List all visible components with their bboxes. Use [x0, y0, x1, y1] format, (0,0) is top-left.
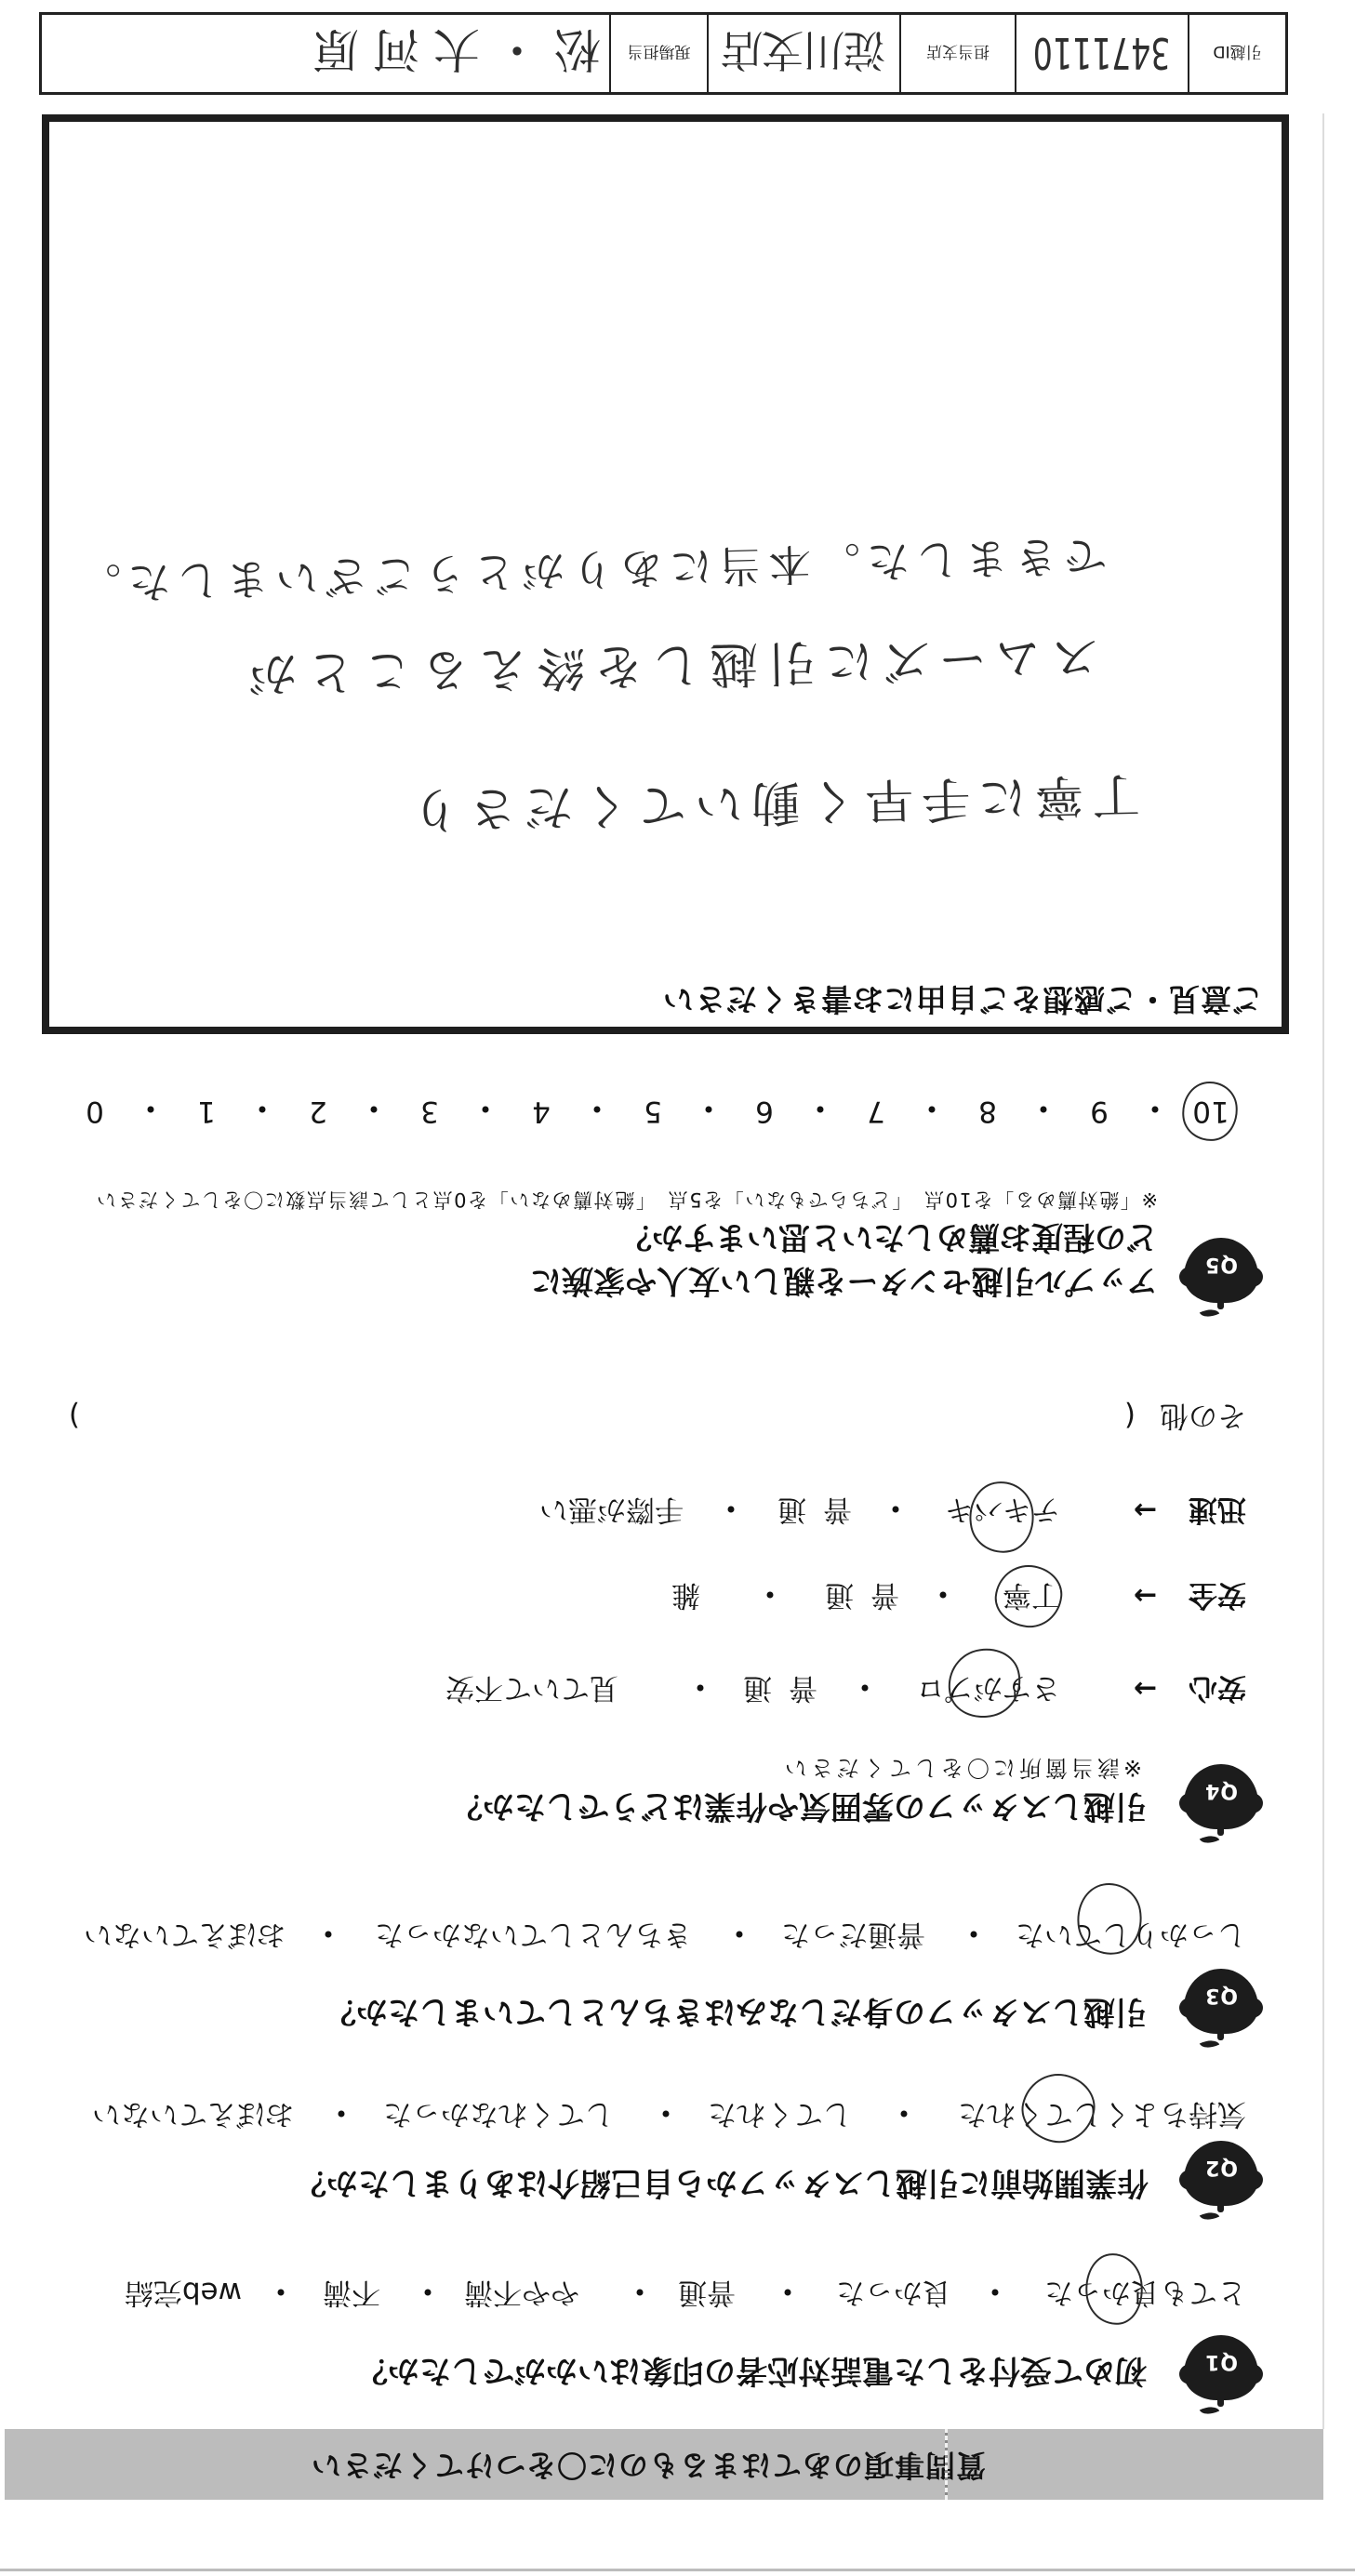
q2-option: してくれた	[708, 2099, 852, 2129]
survey-form-page: 質問事項のあてはまるものに〇をつけてください Q1 初めて受付をした電話対応者の…	[0, 0, 1355, 2576]
q1-option: web完結	[125, 2277, 242, 2307]
separator-dot	[425, 2290, 432, 2296]
q4-row-label-anshin: 安心	[1189, 1673, 1246, 1703]
separator-dot	[706, 1107, 712, 1113]
perforation-line	[945, 2429, 948, 2500]
q1-option: 普通	[678, 2277, 736, 2307]
separator-dot	[971, 1932, 977, 1938]
separator-dot	[259, 1107, 266, 1113]
q4-row-label-anzen: 安全	[1189, 1580, 1246, 1610]
q4-row-option: 普通	[808, 1580, 899, 1610]
instruction-bar: 質問事項のあてはまるものに〇をつけてください	[5, 2429, 1323, 2500]
arrow-right-icon: →	[1134, 1494, 1157, 1524]
q4-number: Q4	[1179, 1779, 1263, 1801]
separator-dot	[371, 1107, 378, 1113]
q3-option: おぼえていない	[84, 1919, 286, 1949]
separator-dot	[992, 2290, 999, 2296]
separator-dot	[929, 1107, 936, 1113]
separator-dot	[325, 1932, 332, 1938]
site-staff-value: 松・大河原	[299, 20, 601, 87]
score-option: 2	[290, 1096, 346, 1126]
q4-note: ※該当箇所に〇をしてください	[781, 1757, 1142, 1779]
separator-dot	[663, 2111, 670, 2118]
branch-value-cell: 淀川支店	[709, 15, 901, 92]
separator-dot	[637, 2290, 644, 2296]
q4-question: 引越しスタッフの雰囲気や作業はどうでしたか？	[451, 1790, 1147, 1822]
q1-answer-circle	[1081, 2250, 1148, 2329]
q3-number: Q3	[1179, 1984, 1263, 2006]
site-staff-label-cell: 現場担当	[611, 15, 709, 92]
separator-dot	[940, 1592, 947, 1599]
q5-number: Q5	[1179, 1253, 1263, 1275]
leaf-icon	[1200, 2036, 1219, 2052]
q4-other-close-paren: )	[69, 1401, 80, 1430]
q5-question-line-2: どの程度お薦めしたいと思いますか？	[620, 1221, 1158, 1253]
site-staff-value-cell: 松・大河原	[42, 15, 611, 92]
move-id-value: 3471110	[1033, 29, 1171, 79]
q1-option: 良かった	[836, 2277, 951, 2307]
separator-dot	[278, 2290, 285, 2296]
separator-dot	[1041, 1107, 1047, 1113]
score-option: 9	[1071, 1096, 1127, 1126]
separator-dot	[594, 1107, 601, 1113]
q2-option: 気持ちよくしてくれた	[958, 2099, 1246, 2129]
q4-other-label: その他	[1160, 1401, 1246, 1430]
q4-badge-icon: Q4	[1179, 1762, 1263, 1844]
q5-badge-icon: Q5	[1179, 1236, 1263, 1318]
q1-badge-icon: Q1	[1179, 2333, 1263, 2415]
q4-row-option: 手際が悪い	[539, 1494, 684, 1524]
score-option: 8	[960, 1096, 1016, 1126]
q2-question: 作業開始前に引越しスタッフから自己紹介はありましたか？	[295, 2167, 1149, 2198]
separator-dot	[737, 1932, 743, 1938]
q2-option: してくれなかった	[383, 2099, 614, 2129]
move-id-label-cell: 引越ID	[1189, 15, 1285, 92]
leaf-icon	[1200, 1831, 1219, 1847]
score-option: 0	[67, 1096, 123, 1126]
separator-dot	[767, 1592, 774, 1599]
arrow-right-icon: →	[1134, 1580, 1157, 1610]
separator-dot	[893, 1507, 899, 1513]
q5-note: ※「絶対薦める」を10点 「どちらでもない」を5点 「絶対薦めない」を0点として…	[95, 1189, 1158, 1210]
leaf-icon	[1200, 2402, 1219, 2418]
score-option: 7	[848, 1096, 904, 1126]
score-option: 3	[402, 1096, 458, 1126]
comment-box-title: ご意見・ご感想をご自由にお書きください	[662, 983, 1263, 1015]
branch-label: 担当支店	[926, 42, 990, 65]
q5-question-line-1: アップル引越センターを親しい友人や家族に	[530, 1265, 1158, 1296]
q1-number: Q1	[1179, 2350, 1263, 2372]
q4-anshin-answer-circle	[940, 1641, 1029, 1726]
score-option: 1	[179, 1096, 234, 1126]
branch-label-cell: 担当支店	[901, 15, 1016, 92]
score-option: 4	[513, 1096, 569, 1126]
q3-option: 普通だった	[781, 1919, 925, 1949]
score-option: 6	[737, 1096, 792, 1126]
q1-question: 初めて受付をした電話対応者の印象はいかがでしたか？	[356, 2355, 1147, 2386]
instruction-text: 質問事項のあてはまるものに〇をつけてください	[311, 2450, 986, 2481]
site-staff-label: 現場担当	[628, 42, 691, 65]
q4-row-option: 普通	[761, 1494, 852, 1524]
separator-dot	[148, 1107, 154, 1113]
q2-answer-circle	[1016, 2067, 1101, 2150]
separator-dot	[697, 1685, 704, 1692]
q1-option: 不満	[323, 2277, 380, 2307]
q3-question: 引越しスタッフの身だしなみはきちんとしていましたか？	[325, 1996, 1147, 2027]
q4-other-open-paren: (	[1124, 1401, 1136, 1430]
arrow-right-icon: →	[1134, 1673, 1157, 1703]
paper-edge-top	[0, 2569, 1355, 2571]
branch-value: 淀川支店	[723, 23, 886, 85]
q4-anzen-answer-circle	[992, 1561, 1066, 1630]
move-id-value-cell: 3471110	[1016, 15, 1189, 92]
q3-badge-icon: Q3	[1179, 1967, 1263, 2049]
score-option: 5	[625, 1096, 681, 1126]
q3-option: きちんとしていなかった	[375, 1919, 692, 1949]
leaf-icon	[1200, 1305, 1219, 1321]
q2-badge-icon: Q2	[1179, 2139, 1263, 2221]
leaf-icon	[1200, 2208, 1219, 2224]
q4-row-label-jinsoku: 迅速	[1189, 1494, 1246, 1524]
separator-dot	[728, 1507, 735, 1513]
q1-option: とても良かった	[1044, 2277, 1246, 2307]
separator-dot	[1152, 1107, 1159, 1113]
paper-edge-left	[1322, 113, 1324, 2429]
q2-option: おぼえていない	[92, 2099, 294, 2129]
move-id-label: 引越ID	[1213, 42, 1261, 65]
header-table: 引越ID 3471110 担当支店 淀川支店 現場担当 松・大河原	[39, 12, 1288, 95]
separator-dot	[483, 1107, 489, 1113]
q4-row-option: 普通	[726, 1673, 817, 1703]
q4-jinsoku-answer-circle	[963, 1476, 1041, 1560]
q2-number: Q2	[1179, 2156, 1263, 2178]
q4-row-option: 見ていて不安	[445, 1673, 618, 1703]
q5-answer-circle	[1179, 1079, 1241, 1144]
q4-row-option: 雑	[671, 1580, 700, 1610]
separator-dot	[817, 1107, 824, 1113]
separator-dot	[862, 1685, 869, 1692]
separator-dot	[785, 2290, 791, 2296]
separator-dot	[901, 2111, 908, 2118]
q1-option: やや不満	[464, 2277, 579, 2307]
separator-dot	[339, 2111, 345, 2118]
